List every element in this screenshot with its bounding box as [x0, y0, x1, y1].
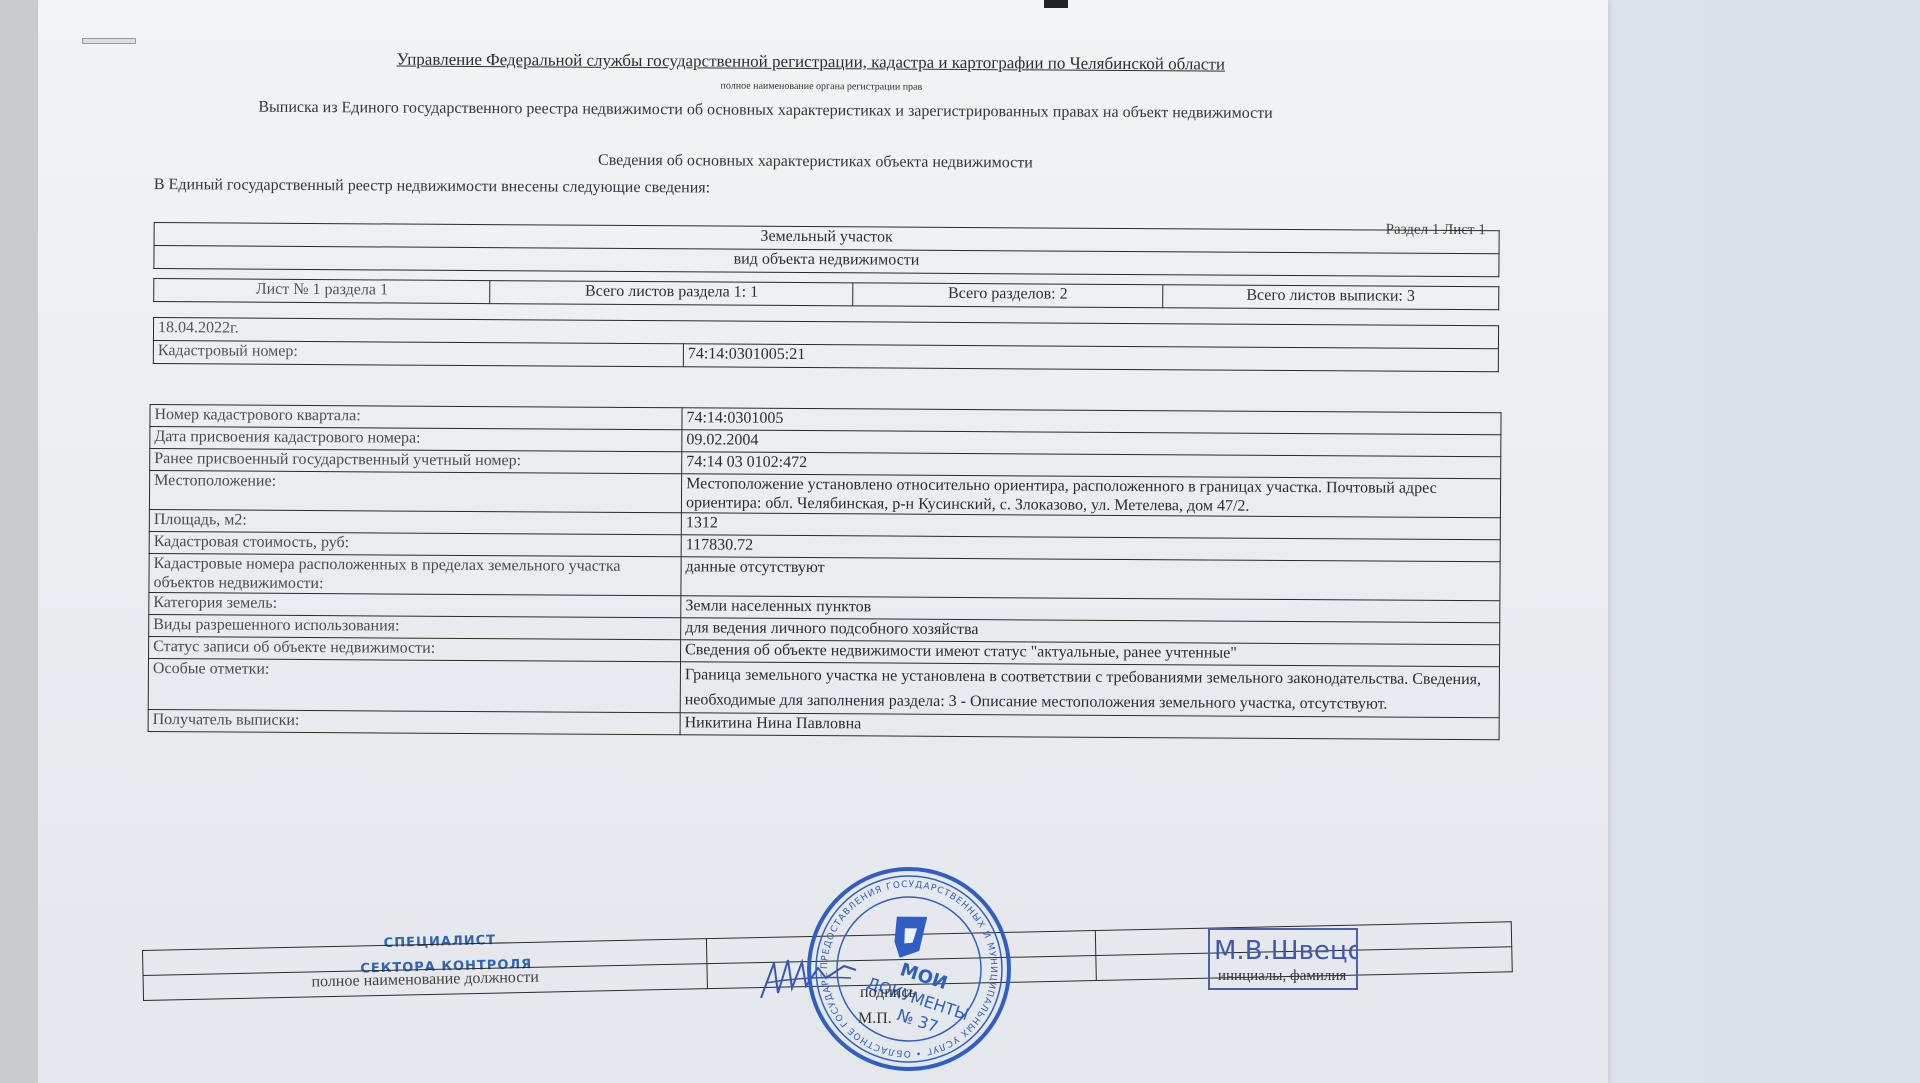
svg-text:ПРЕДОСТАВЛЕНИЯ ГОСУДАРСТВЕННЫХ: ПРЕДОСТАВЛЕНИЯ ГОСУДАРСТВЕННЫХ И МУНИЦИП… [804, 864, 998, 1058]
row-label: Категория земель: [149, 593, 681, 618]
row-label: Дата присвоения кадастрового номера: [150, 427, 682, 452]
section-title: Сведения об основных характеристиках объ… [598, 152, 1033, 173]
row-label: Статус записи об объекте недвижимости: [149, 637, 681, 662]
row-label: Местоположение: [149, 471, 681, 513]
table-row: Особые отметки:Граница земельного участк… [148, 659, 1499, 718]
official-seal-icon: ПРЕДОСТАВЛЕНИЯ ГОСУДАРСТВЕННЫХ И МУНИЦИП… [804, 864, 1014, 1074]
total-sections: Всего разделов: 2 [853, 283, 1162, 308]
object-type-table: Земельный участок вид объекта недвижимос… [153, 222, 1499, 277]
row-value: Местоположение установлено относительно … [681, 474, 1500, 518]
org-subtitle: полное наименование органа регистрации п… [720, 81, 922, 93]
row-label: Кадастровая стоимость, руб: [149, 532, 681, 557]
doc-title: Выписка из Единого государственного реес… [258, 99, 1272, 123]
total-sheets: Всего листов выписки: 3 [1162, 285, 1498, 310]
row-label: Площадь, м2: [149, 510, 681, 535]
intro-text: В Единый государственный реестр недвижим… [154, 176, 710, 197]
name-caption: инициалы, фамилия [1218, 968, 1346, 985]
sheet-info-table: Лист № 1 раздела 1 Всего листов раздела … [153, 278, 1499, 310]
row-label: Номер кадастрового квартала: [150, 405, 682, 430]
row-label: Особые отметки: [148, 659, 680, 713]
sheets-in-section: Всего листов раздела 1: 1 [490, 281, 853, 306]
row-label: Виды разрешенного использования: [149, 615, 681, 640]
date-cadastral-table: 18.04.2022г. Кадастровый номер: 74:14:03… [153, 317, 1499, 372]
cadastral-number-label: Кадастровый номер: [153, 341, 683, 367]
row-value: Никитина Нина Павловна [680, 713, 1499, 740]
row-label: Получатель выписки: [148, 710, 680, 735]
row-label: Кадастровые номера расположенных в преде… [149, 554, 681, 596]
org-title: Управление Федеральной службы государств… [397, 50, 1225, 75]
characteristics-table: Номер кадастрового квартала:74:14:030100… [148, 404, 1502, 740]
row-value: Граница земельного участка не установлен… [680, 662, 1499, 718]
signature-caption: подпись [860, 984, 916, 1002]
row-value: данные отсутствуют [681, 557, 1500, 601]
row-label: Ранее присвоенный государственный учетны… [150, 449, 682, 474]
seal-caption: М.П. [858, 1010, 892, 1028]
cadastral-number-value: 74:14:0301005:21 [683, 344, 1498, 372]
sheet-number: Лист № 1 раздела 1 [154, 279, 490, 304]
